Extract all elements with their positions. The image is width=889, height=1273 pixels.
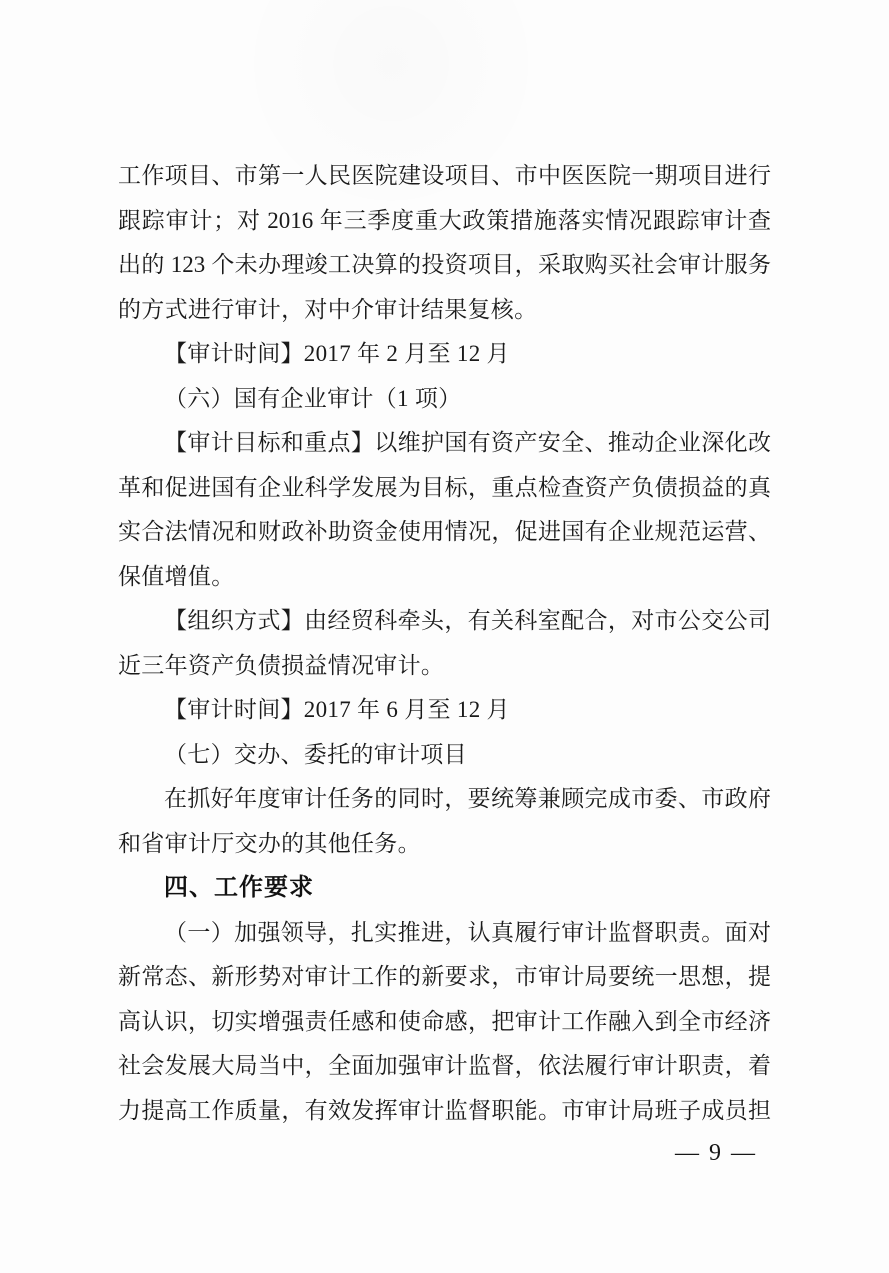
text-line: 近三年资产负债损益情况审计。 <box>118 644 771 689</box>
text-line: 新常态、新形势对审计工作的新要求，市审计局要统一思想，提 <box>118 955 771 1000</box>
text-line: 【审计目标和重点】以维护国有资产安全、推动企业深化改 <box>118 421 771 466</box>
text-line: 【审计时间】2017 年 2 月至 12 月 <box>118 332 771 377</box>
text-line: （一）加强领导，扎实推进，认真履行审计监督职责。面对 <box>118 911 771 956</box>
text-line: 实合法情况和财政补助资金使用情况，促进国有企业规范运营、 <box>118 510 771 555</box>
text-line: 社会发展大局当中，全面加强审计监督，依法履行审计职责，着 <box>118 1044 771 1089</box>
document-page: 工作项目、市第一人民医院建设项目、市中医医院一期项目进行跟踪审计；对 2016 … <box>0 0 889 1273</box>
text-line: 和省审计厅交办的其他任务。 <box>118 822 771 867</box>
text-line: 的方式进行审计，对中介审计结果复核。 <box>118 288 771 333</box>
text-line: 高认识，切实增强责任感和使命感，把审计工作融入到全市经济 <box>118 1000 771 1045</box>
text-line: 保值增值。 <box>118 555 771 600</box>
text-line: （七）交办、委托的审计项目 <box>118 733 771 778</box>
text-block: 工作项目、市第一人民医院建设项目、市中医医院一期项目进行跟踪审计；对 2016 … <box>118 154 771 1133</box>
text-line: 力提高工作质量，有效发挥审计监督职能。市审计局班子成员担 <box>118 1089 771 1134</box>
text-line: 革和促进国有企业科学发展为目标，重点检查资产负债损益的真 <box>118 466 771 511</box>
text-line: 出的 123 个未办理竣工决算的投资项目，采取购买社会审计服务 <box>118 243 771 288</box>
text-line: 工作项目、市第一人民医院建设项目、市中医医院一期项目进行 <box>118 154 771 199</box>
text-line: （六）国有企业审计（1 项） <box>118 377 771 422</box>
text-line: 【组织方式】由经贸科牵头，有关科室配合，对市公交公司 <box>118 599 771 644</box>
text-line: 【审计时间】2017 年 6 月至 12 月 <box>118 688 771 733</box>
text-line: 跟踪审计；对 2016 年三季度重大政策措施落实情况跟踪审计查 <box>118 199 771 244</box>
page-number: — 9 — <box>118 1140 771 1167</box>
section-heading: 四、工作要求 <box>118 866 771 911</box>
text-line: 在抓好年度审计任务的同时，要统筹兼顾完成市委、市政府 <box>118 777 771 822</box>
